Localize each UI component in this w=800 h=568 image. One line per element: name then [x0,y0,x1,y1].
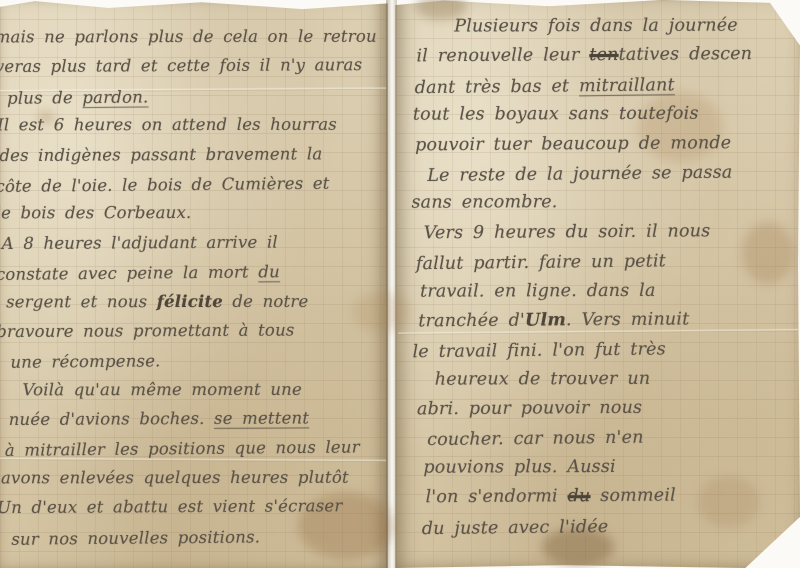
manuscript-line: Plusieurs fois dans la journée [410,11,800,42]
manuscript-line: plus de pardon. [0,80,395,113]
manuscript-line: le travail fini. l'on fut très [412,334,800,368]
manuscript-line: sans encombre. [411,188,800,219]
manuscript-line: une récompense. [0,344,397,377]
manuscript-line: coucher. car nous n'en [413,422,800,456]
handwritten-text-left: mais ne parlons plus de cela on le retro… [0,21,397,552]
manuscript-line: heureux de trouver un [413,364,800,395]
manuscript-line: mais ne parlons plus de cela on le retro… [0,22,395,52]
manuscript-line: sur nos nouvelles positions. [0,521,397,554]
manuscript-line: sergent et nous félicite de notre [0,286,396,316]
manuscript-line: Vers 9 heures du soir. il nous [412,216,800,248]
manuscript-line: abri. pour pouvoir nous [413,393,800,425]
manuscript-line: il renouvelle leur tentatives descen [410,40,800,72]
manuscript-line: Voilà qu'au même moment une [0,374,397,404]
manuscript-line: du juste avec l'idée [414,510,800,544]
manuscript-line: Le reste de la journée se passa [411,158,800,192]
manuscript-line: Un d'eux et abattu est vient s'écraser [0,491,397,522]
manuscript-line: à mitrailler les positions que nous leur [0,433,397,466]
manuscript-line: travail. en ligne. dans la [412,276,800,307]
manuscript-line: côte de l'oie. le bois de Cumières et [0,168,396,201]
manuscript-line: des indigènes passant bravement la [0,139,395,170]
manuscript-line: veras plus tard et cette fois il n'y aur… [0,50,395,81]
manuscript-line: pouvions plus. Aussi [413,452,800,483]
manuscript-line: Il est 6 heures on attend les hourras [0,110,395,140]
manuscript-line: tout les boyaux sans toutefois [411,99,800,130]
manuscript-line: bravoure nous promettant à tous [0,315,396,346]
manuscript-line: A 8 heures l'adjudant arrive il [0,227,396,258]
manuscript-line: nuée d'avions boches. se mettent [0,403,397,434]
manuscript-line: fallut partir. faire un petit [412,246,800,280]
manuscript-line: constate avec peine la mort du [0,256,396,289]
handwritten-text-right: Plusieurs fois dans la journéeil renouve… [410,11,800,543]
manuscript-line: dant très bas et mitraillant [411,70,800,104]
manuscript-line: le bois des Corbeaux. [0,198,396,228]
manuscript-line: avons enlevées quelques heures plutôt [0,463,397,493]
manuscript-line: tranchée d'Ulm. Vers minuit [412,305,800,337]
letter-scan: mais ne parlons plus de cela on le retro… [0,0,800,568]
manuscript-line: pouvoir tuer beaucoup de monde [411,128,800,160]
manuscript-line: l'on s'endormi du sommeil [413,481,800,513]
